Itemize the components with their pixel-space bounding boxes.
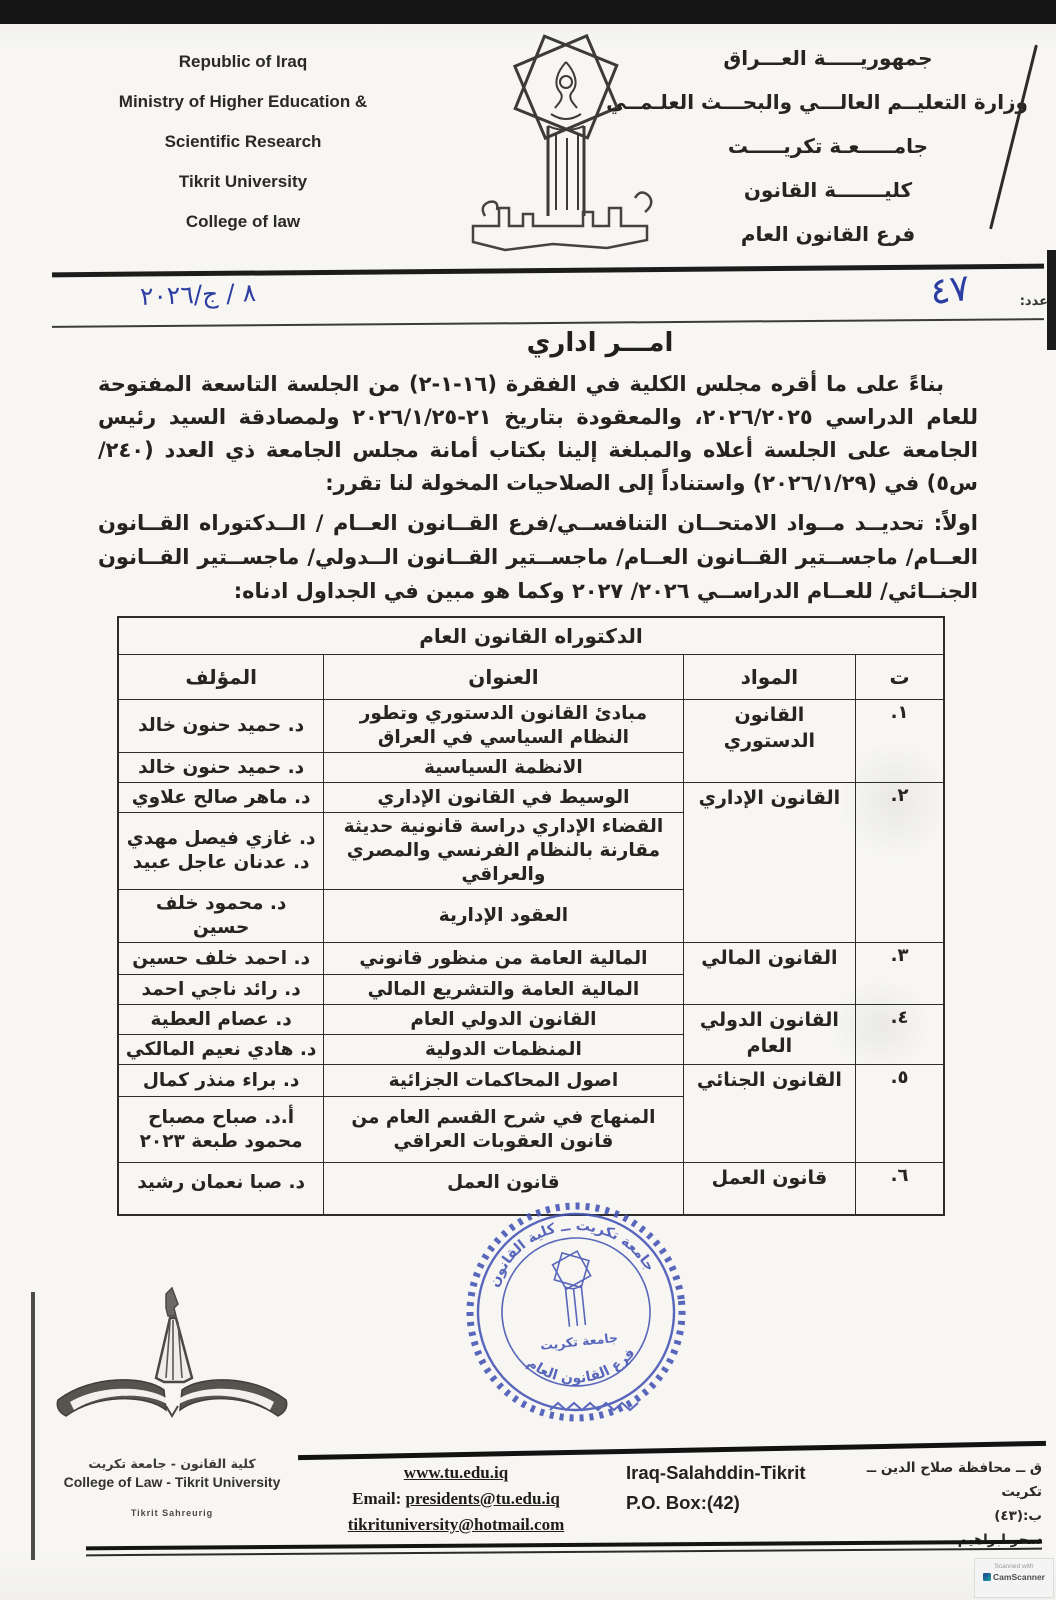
college-of-law-logo (42, 1282, 302, 1460)
cell-author: د. صبا نعمان رشيد (118, 1163, 324, 1215)
header-english-line: College of law (98, 202, 388, 242)
cell-author: د. حميد حنون خالد (118, 700, 324, 753)
address-ar-line1: ق ــ محافظة صلاح الدين ــ تكريت (832, 1456, 1042, 1504)
cell-number: ٦. (856, 1163, 944, 1215)
table-row: ٥.القانون الجنائياصول المحاكمات الجزائية… (118, 1065, 944, 1097)
cell-author: د. عصام العطية (118, 1005, 324, 1035)
col-header-book: العنوان (324, 655, 683, 700)
scan-edge-left (31, 1292, 35, 1560)
cell-book-title: المالية العامة من منظور قانوني (324, 943, 683, 975)
table-row: ١.القانون الدستوريمبادئ القانون الدستوري… (118, 700, 944, 753)
cell-author: د. رائد ناجي احمد (118, 975, 324, 1005)
subjects-table: الدكتوراه القانون العامتالموادالعنوانالم… (117, 616, 945, 1216)
cell-author: د. هادي نعيم المالكي (118, 1035, 324, 1065)
scan-smudge (840, 740, 950, 860)
cell-book-title: الوسيط في القانون الإداري (324, 783, 683, 813)
cell-book-title: العقود الإدارية (324, 890, 683, 943)
cell-subject: القانون الدستوري (683, 700, 856, 783)
college-logo-caption-english: College of Law - Tikrit University (42, 1474, 302, 1490)
order-title: امـــر اداري (150, 328, 1050, 358)
header-english: Republic of IraqMinistry of Higher Educa… (98, 42, 388, 242)
cell-book-title: الانظمة السياسية (324, 753, 683, 783)
cell-subject: القانون الدولي العام (683, 1005, 856, 1065)
table-title-row: الدكتوراه القانون العام (118, 617, 944, 655)
header-arabic-line: فرع القانون العام (628, 212, 1028, 256)
cell-subject: القانون الجنائي (683, 1065, 856, 1163)
preamble-paragraph: بناءً على ما أقره مجلس الكلية في الفقرة … (98, 368, 978, 500)
subjects-table-body: الدكتوراه القانون العامتالموادالعنوانالم… (118, 617, 944, 1215)
email-primary-link: presidents@tu.edu.iq (405, 1489, 559, 1508)
college-logo-subcaption: Tikrit Sahreurig (42, 1508, 302, 1518)
footer-contact-links: www.tu.edu.iq Email: presidents@tu.edu.i… (306, 1460, 606, 1538)
footer-address-arabic: ق ــ محافظة صلاح الدين ــ تكريت ب:(٤٣) س… (832, 1456, 1042, 1552)
stamp-center-text: جامعة تكريت (539, 1330, 618, 1353)
header-arabic-line: وزارة التعليــم العالـــي والبحـــث العل… (628, 80, 1028, 124)
table-title-cell: الدكتوراه القانون العام (118, 617, 944, 655)
website-link: www.tu.edu.iq (404, 1463, 508, 1482)
cell-author: د. محمود خلف حسين (118, 890, 324, 943)
scanned-administrative-order: { "header": { "english_lines": ["Republi… (0, 0, 1056, 1600)
header-rule-thin (52, 318, 1044, 328)
scan-smudge (830, 980, 930, 1070)
header-english-line: Republic of Iraq (98, 42, 388, 82)
header-english-line: Tikrit University (98, 162, 388, 202)
header-arabic-line: كليـــــــة القانون (628, 168, 1028, 212)
header-english-line: Ministry of Higher Education & (98, 82, 388, 122)
table-header-row: تالموادالعنوانالمؤلف (118, 655, 944, 700)
cell-author: د. حميد حنون خالد (118, 753, 324, 783)
col-header-subject: المواد (683, 655, 856, 700)
cell-book-title: اصول المحاكمات الجزائية (324, 1065, 683, 1097)
col-header-author: المؤلف (118, 655, 324, 700)
table-row: ٣.القانون الماليالمالية العامة من منظور … (118, 943, 944, 975)
cell-book-title: القانون الدولي العام (324, 1005, 683, 1035)
camscanner-badge: Scanned with CamScanner (974, 1558, 1054, 1598)
table-row: ٤.القانون الدولي العامالقانون الدولي الع… (118, 1005, 944, 1035)
email-label: Email: (352, 1489, 401, 1508)
ref-date-handwritten: ٨ / ج/٢٠٢٦ (140, 278, 257, 311)
table-row: ٢.القانون الإداريالوسيط في القانون الإدا… (118, 783, 944, 813)
header-arabic: جمهوريـــــة العـــراقوزارة التعليــم ال… (628, 36, 1028, 256)
header-arabic-line: جمهوريـــــة العـــراق (628, 36, 1028, 80)
ref-number-handwritten: ٤٧ (928, 266, 973, 314)
email-secondary-link: tikrituniversity@hotmail.com (348, 1515, 564, 1534)
cell-subject: قانون العمل (683, 1163, 856, 1215)
scan-edge-top (0, 0, 1056, 24)
camscanner-scanned-with: Scanned with (975, 1563, 1053, 1570)
cell-author: أ.د. صباح مصباح محمود طبعة ٢٠٢٣ (118, 1097, 324, 1163)
cell-book-title: المنظمات الدولية (324, 1035, 683, 1065)
cell-book-title: مبادئ القانون الدستوري وتطور النظام السي… (324, 700, 683, 753)
header-arabic-line: جامـــــعـة تكريـــــت (628, 124, 1028, 168)
cell-number: ٥. (856, 1065, 944, 1163)
cell-book-title: القضاء الإداري دراسة قانونية حديثة مقارن… (324, 813, 683, 890)
cell-subject: القانون المالي (683, 943, 856, 1005)
ref-number-label: عدد: (996, 294, 1048, 309)
stamp-top-text: جامعة تكريت ــ كلية القانون (480, 1210, 658, 1291)
cell-author: د. ماهر صالح علاوي (118, 783, 324, 813)
college-logo-icon (42, 1282, 302, 1460)
cell-subject: القانون الإداري (683, 783, 856, 943)
camscanner-name: CamScanner (993, 1572, 1045, 1582)
cell-author: د. احمد خلف حسين (118, 943, 324, 975)
cell-author: د. غازي فيصل مهدي د. عدنان عاجل عبيد (118, 813, 324, 890)
cell-book-title: المالية العامة والتشريع المالي (324, 975, 683, 1005)
camscanner-logo-icon (983, 1573, 991, 1581)
col-header-no: ت (856, 655, 944, 700)
svg-text:جامعة تكريت ــ كلية القانون: جامعة تكريت ــ كلية القانون (480, 1210, 658, 1291)
address-ar-line2: ب:(٤٣) (832, 1504, 1042, 1528)
first-clause-paragraph: اولاً: تحديــد مــواد الامتحــان التنافس… (98, 506, 978, 608)
cell-book-title: المنهاج في شرح القسم العام من قانون العق… (324, 1097, 683, 1163)
college-logo-caption-arabic: كلية القانون - جامعة تكريت (42, 1456, 302, 1471)
signature-squiggle (548, 1398, 668, 1422)
cell-author: د. براء منذر كمال (118, 1065, 324, 1097)
header-english-line: Scientific Research (98, 122, 388, 162)
